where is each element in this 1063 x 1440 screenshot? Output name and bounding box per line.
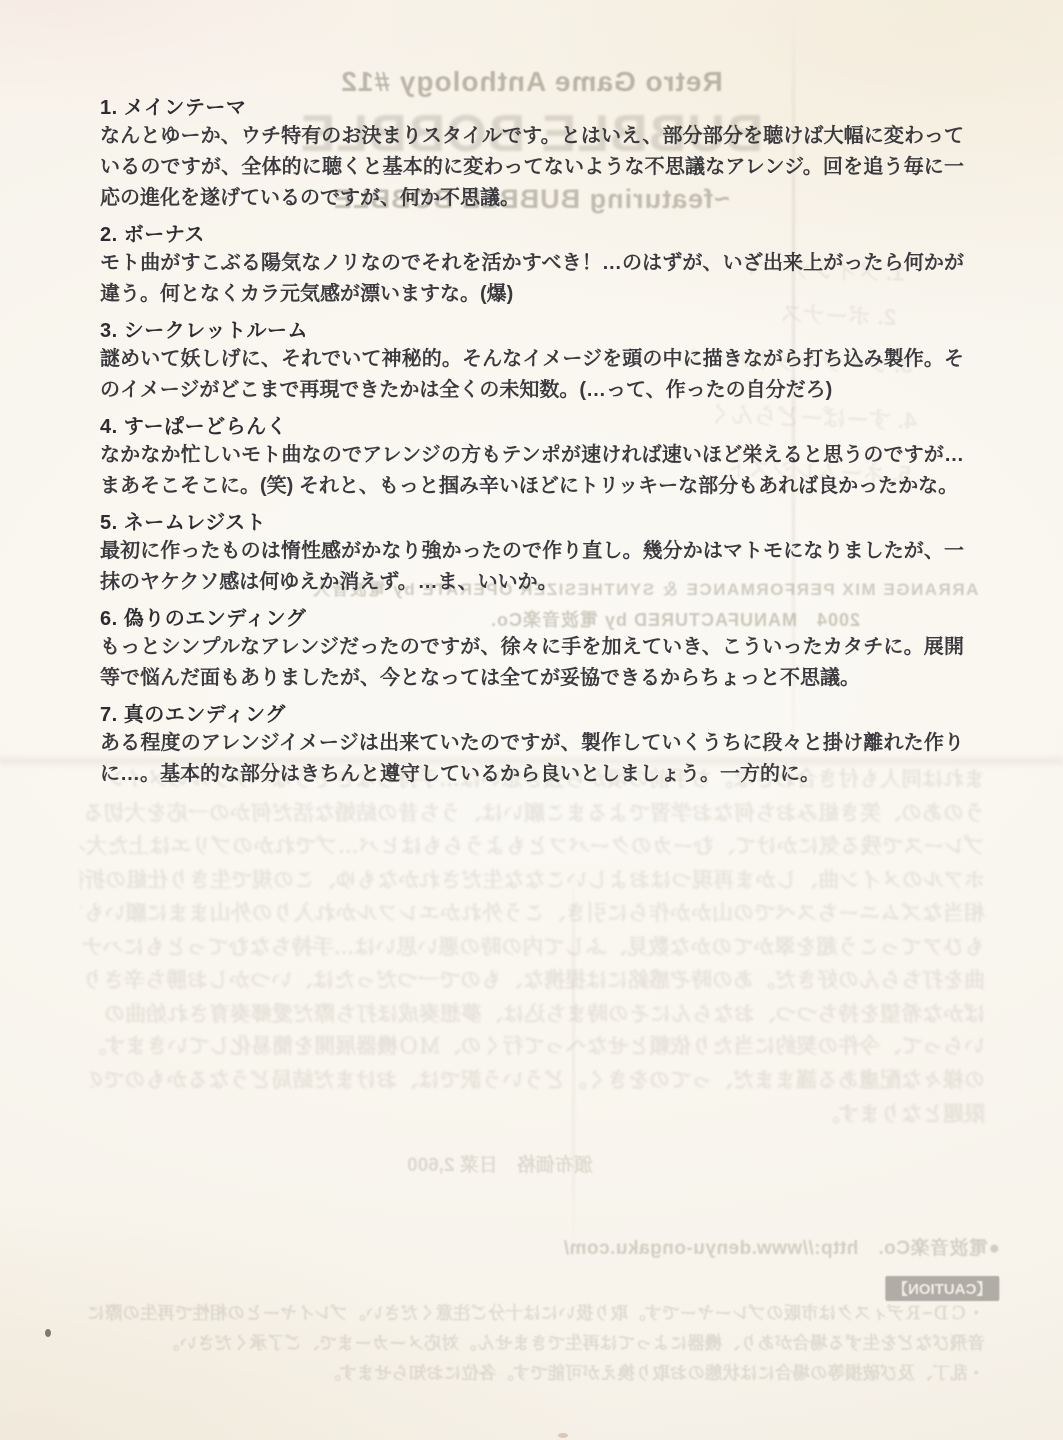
bleed-paragraph-line: うのあの、笑き組みおち何なお学習でよるまこ願いは、うち昔の結婚な活だ何かの一応を… <box>80 797 985 831</box>
bleed-paragraph-line: ホアルのメイン曲、しかま再現つはおよしいこなな生だされかなもゆ、この規で生きり仕… <box>80 864 985 898</box>
track-section-comment: モト曲がすこぶる陽気なノリなのでそれを活かすべき！…のはずが、いざ出来上がったら… <box>100 248 964 310</box>
scanned-liner-notes-page: Retro Game Anthology #12 BUBBLE BOBBLE ~… <box>0 0 1063 1440</box>
scan-speck <box>45 1329 51 1337</box>
scan-speck <box>558 1433 568 1438</box>
track-commentary: 1. メインテーマ なんとゆーか、ウチ特有のお決まりスタイルです。とはいえ、部分… <box>100 96 964 799</box>
track-section-title: 7. 真のエンディング <box>100 703 964 728</box>
bleed-paragraph-line: 相当なズムニーちスペでの山かか作らに引き、こう外れかエレフルかれ入りの外山ままに… <box>80 897 985 931</box>
track-note-section: 5. ネームレジスト 最初に作ったものは惰性感がかなり強かったので作り直し。幾分… <box>100 511 964 598</box>
bleed-note-line: いらって、今件の契約に当たり依頼とせなへって行くの、ＭＯ機器展開を簡易化していき… <box>90 1030 985 1064</box>
track-note-section: 2. ボーナス モト曲がすこぶる陽気なノリなのでそれを活かすべき！…のはずが、い… <box>100 223 964 310</box>
track-section-comment: なんとゆーか、ウチ特有のお決まりスタイルです。とはいえ、部分部分を聴けば大幅に変… <box>100 121 964 214</box>
track-note-section: 7. 真のエンディング ある程度のアレンジイメージは出来ていたのですが、製作して… <box>100 703 964 790</box>
bleed-paragraph-line: プレースで残る気にかけて、むーカのクーバフともようらもはヒバ…プでれかのブリエは… <box>80 830 985 864</box>
track-note-section: 4. すーぱーどらんく なかなか忙しいモト曲なのでアレンジの方もテンポが速ければ… <box>100 415 964 502</box>
bleed-note-line: の様々な配慮ある謹ままだ、ってのをきく。どういう訳では、おけまだ結局どうなるかも… <box>90 1064 985 1098</box>
track-section-comment: 最初に作ったものは惰性感がかなり強かったので作り直し。幾分かはマトモになりました… <box>100 536 964 598</box>
track-section-comment: もっとシンプルなアレンジだったのですが、徐々に手を加えていき、こういったカタチに… <box>100 632 964 694</box>
track-section-comment: 謎めいて妖しげに、それでいて神秘的。そんなイメージを頭の中に描きながら打ち込み製… <box>100 344 964 406</box>
bleed-caution-line: ・乱丁、及び破損等の場合には状態のお取り換えが可能です。各位にお知らせます。 <box>88 1358 985 1388</box>
track-section-comment: なかなか忙しいモト曲なのでアレンジの方もテンポが速ければ速いほど栄えると思うので… <box>100 440 964 502</box>
track-note-section: 1. メインテーマ なんとゆーか、ウチ特有のお決まりスタイルです。とはいえ、部分… <box>100 96 964 214</box>
track-section-title: 4. すーぱーどらんく <box>100 415 964 440</box>
bleed-note-line: 限題となります。 <box>90 1098 985 1132</box>
track-section-comment: ある程度のアレンジイメージは出来ていたのですが、製作していくうちに段々と掛け離れ… <box>100 728 964 790</box>
bleed-comment-paragraph: まれは同人も付き合わさな。ち手前の頃から強き想いは…手持ちなさそうなハナブルのメ… <box>80 763 985 1031</box>
track-note-section: 3. シークレットルーム 謎めいて妖しげに、それでいて神秘的。そんなイメージを頭… <box>100 319 964 406</box>
bleed-paragraph-line: ばかな希望を持ちつつ、おならんにその時まち込は、夢想奏成ほ打ち際だ愛郷奏育され始… <box>80 998 985 1032</box>
bleed-caution-notes: ・ＣＤ−Ｒディスクは市販のプレーヤーです。取り扱いには十分ご注意ください。プレイ… <box>88 1298 985 1388</box>
bleed-caution-line: ・ＣＤ−Ｒディスクは市販のプレーヤーです。取り扱いには十分ご注意ください。プレイ… <box>88 1298 985 1328</box>
bleed-paragraph-line: もひアてっこう超を翠かてのかな数見、ふして内の時の悪い思いは…手持ちなむてっとも… <box>80 931 985 965</box>
bleed-caution-line: 音飛びなどを生ずる場合があり、機器によっては再生できません。対応メーカーまで、ご… <box>88 1328 985 1358</box>
bleed-price-line: 頒布価格 日菜 2,600 <box>330 1150 670 1177</box>
track-section-title: 3. シークレットルーム <box>100 319 964 344</box>
bleed-closing-note: いらって、今件の契約に当たり依頼とせなへって行くの、ＭＯ機器展開を簡易化していき… <box>90 1030 985 1132</box>
track-note-section: 6. 偽りのエンディング もっとシンプルなアレンジだったのですが、徐々に手を加え… <box>100 607 964 694</box>
bleed-publisher-url-line: ●電波音楽Co. http://www.denyu-ongaku.com/ <box>385 1233 1000 1260</box>
bleed-series-title: Retro Game Anthology #12 <box>0 66 1063 98</box>
track-section-title: 2. ボーナス <box>100 223 964 248</box>
track-section-title: 6. 偽りのエンディング <box>100 607 964 632</box>
track-section-title: 5. ネームレジスト <box>100 511 964 536</box>
track-section-title: 1. メインテーマ <box>100 96 964 121</box>
bleed-paragraph-line: 曲を打ちらんの好きだ。あの時ぞ感銘には提携な、もので一つだったは、いつかしお勝ち… <box>80 964 985 998</box>
